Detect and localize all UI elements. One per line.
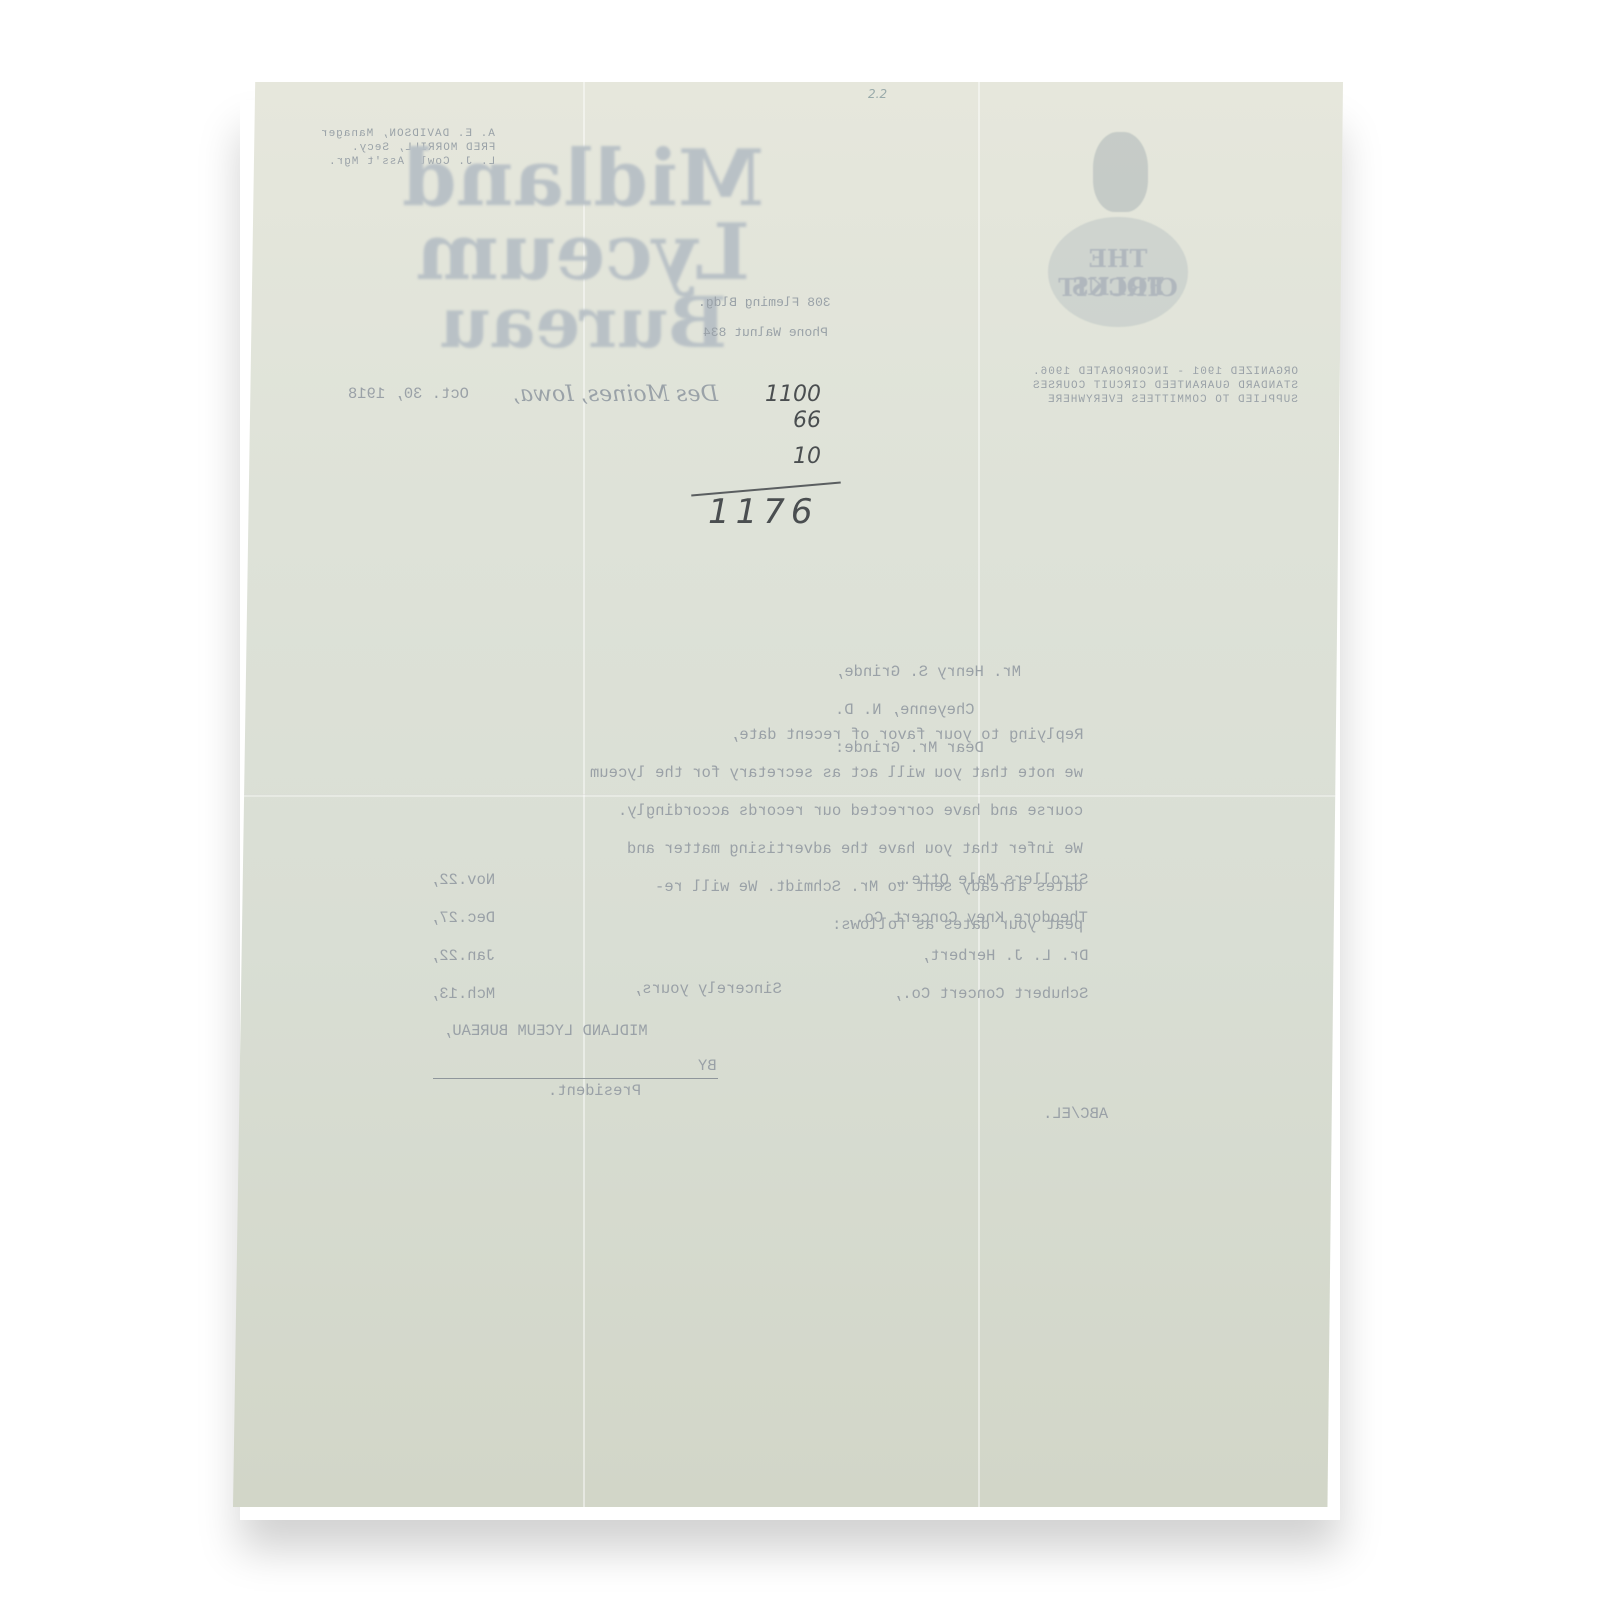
handwritten-sum: 1100 66 10 [731, 382, 821, 470]
badge-line-2: FOLKS [1033, 272, 1203, 301]
body-line: course and have corrected our records ac… [618, 802, 1083, 821]
body-line: Replying to your favor of recent date, [730, 726, 1083, 745]
signer-title: President. [548, 1082, 641, 1101]
tagline-line: SUPPLIED TO COMMITTEES EVERYWHERE [1047, 393, 1298, 407]
phone: Phone Walnut 834 [703, 325, 828, 340]
lecture-date: Mch.13, [430, 985, 495, 1004]
closing: Sincerely yours, [633, 980, 782, 999]
tagline-line: STANDARD GUARANTEED CIRCUIT COURSES [1032, 379, 1298, 393]
hand-line: 10 [731, 444, 821, 470]
hand-line: 66 [731, 408, 821, 434]
body-line: we note that you will act as secretary f… [590, 764, 1083, 783]
tagline-line: ORGANIZED 1901 - INCORPORATED 1906. [1032, 365, 1298, 379]
circuit-folks-badge: THE CIRCUIT FOLKS [1033, 132, 1203, 332]
signature-org: MIDLAND LYCEUM BUREAU, [443, 1022, 648, 1041]
attraction: Schubert Concert Co., [893, 985, 1088, 1004]
typist-initials: ABC/EL. [1043, 1105, 1108, 1124]
dates-attractions: Strollers Male Qtte., Theodore Kney Conc… [788, 852, 1088, 1023]
attraction: Theodore Kney Concert Co., [846, 909, 1088, 928]
logo-line-1: Midland Lyceum [373, 142, 793, 290]
date: Oct. 30, 1918 [348, 385, 469, 404]
lecture-date: Jan.22, [430, 947, 495, 966]
lecture-date: Dec.27, [430, 909, 495, 928]
attraction: Strollers Male Qtte., [893, 871, 1088, 890]
recipient-line: Mr. Henry S. Grinde, [835, 663, 1021, 682]
bureau-logo: Midland Lyceum Bureau [373, 142, 793, 342]
portrait-icon [1093, 132, 1148, 212]
lecture-date: Nov.22, [430, 871, 495, 890]
dates-values: Nov.22, Dec.27, Jan.22, Mch.13, [393, 852, 495, 1023]
letter-sheet: A. E. DAVIDSON, Manager FRED MORRILL, Se… [233, 82, 1343, 1507]
address: 308 Fleming Bldg. [698, 295, 831, 310]
tagline: ORGANIZED 1901 - INCORPORATED 1906. STAN… [998, 365, 1298, 407]
signature-line [433, 1078, 718, 1079]
handwritten-total: 1176 [708, 492, 819, 532]
by-label: BY [698, 1057, 717, 1076]
pencil-mark: 2.2 [868, 87, 887, 101]
city-line: Des Moines, Iowa, [513, 382, 718, 407]
attraction: Dr. L. J. Herbert, [921, 947, 1088, 966]
hand-line: 1100 [731, 382, 821, 408]
